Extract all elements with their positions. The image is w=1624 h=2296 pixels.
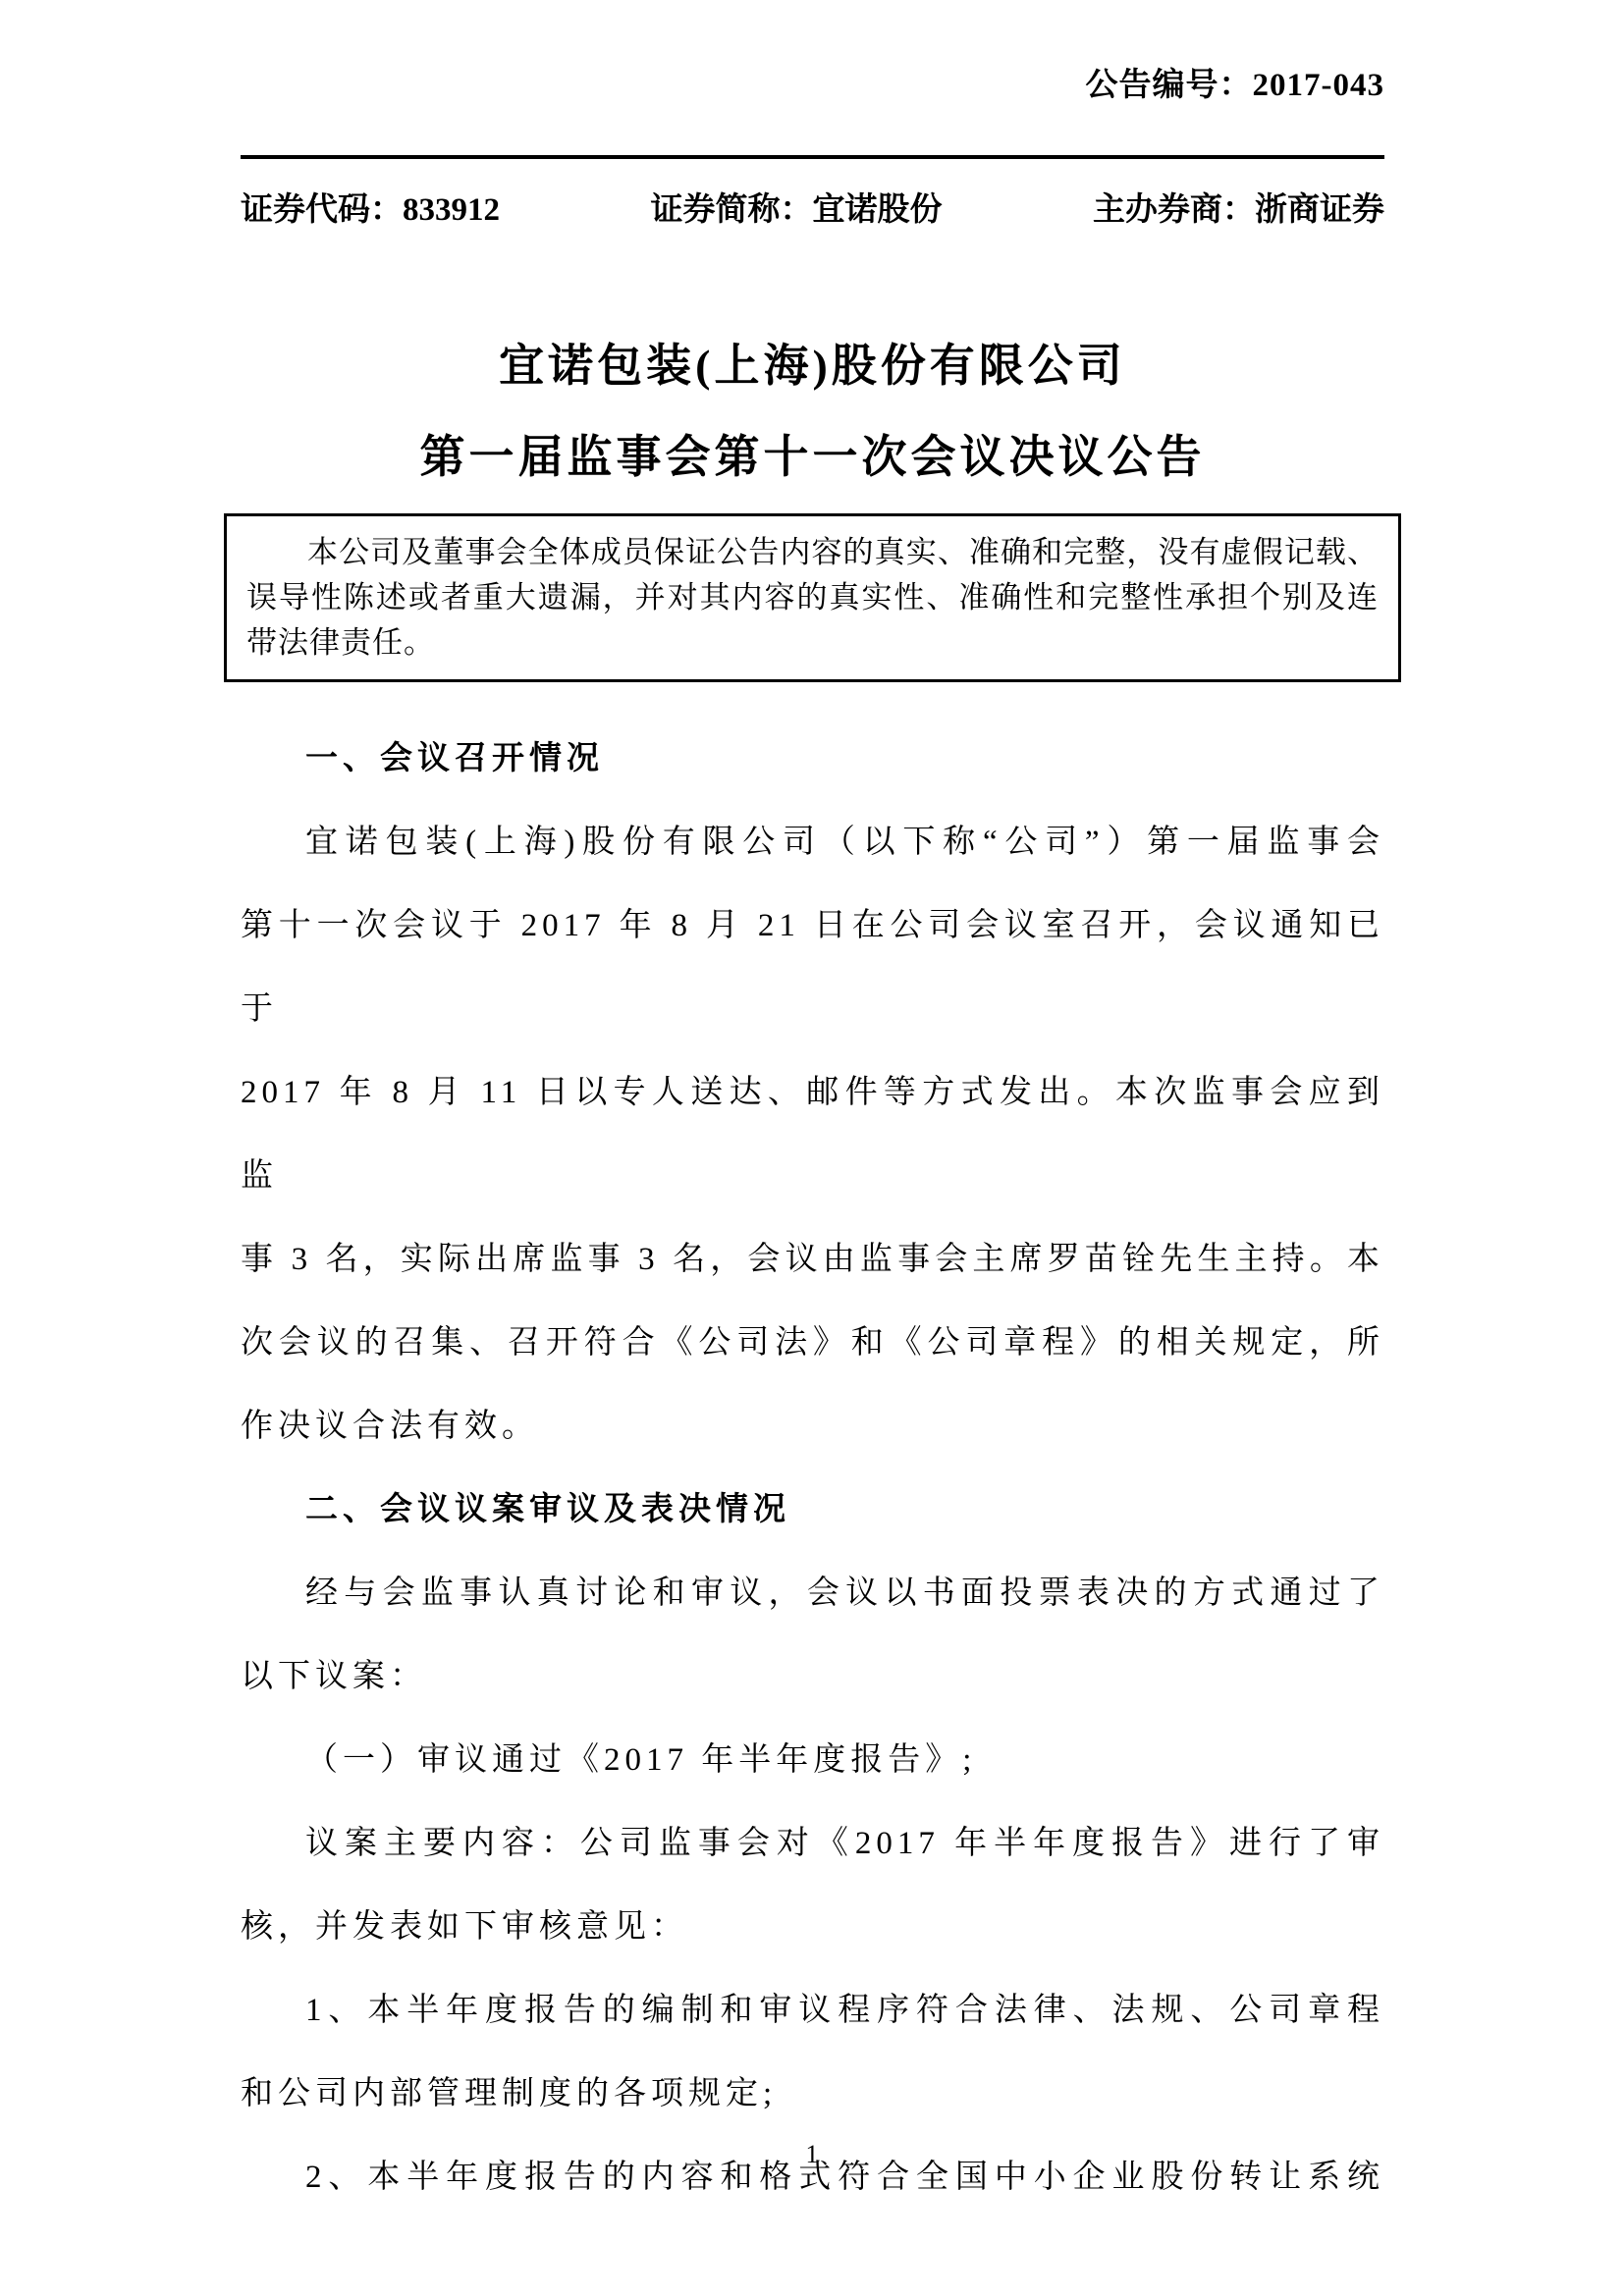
document-body: 一、会议召开情况宜诺包装(上海)股份有限公司（以下称“公司”）第一届监事会第十一… bbox=[241, 718, 1384, 2219]
section-heading: 二、会议议案审议及表决情况 bbox=[241, 1468, 1384, 1552]
paragraph-line: 第十一次会议于 2017 年 8 月 21 日在公司会议室召开，会议通知已于 bbox=[241, 884, 1384, 1051]
security-short-name: 证券简称：宜诺股份 bbox=[651, 188, 943, 232]
document-page: 公告编号：2017-043 证券代码：833912 证券简称：宜诺股份 主办券商… bbox=[0, 0, 1624, 2296]
paragraph-line: 1、本半年度报告的编制和审议程序符合法律、法规、公司章程 bbox=[241, 1969, 1384, 2053]
document-title-line-1: 宜诺包装(上海)股份有限公司 bbox=[241, 336, 1384, 397]
paragraph-line: 核，并发表如下审核意见： bbox=[241, 1886, 1384, 1969]
sponsor-broker: 主办券商：浙商证券 bbox=[1093, 188, 1384, 232]
disclaimer-line: 误导性陈述或者重大遗漏，并对其内容的真实性、准确性和完整性承担个别及连 bbox=[246, 575, 1379, 620]
paragraph-line: 以下议案： bbox=[241, 1635, 1384, 1719]
paragraph-line: 议案主要内容：公司监事会对《2017 年半年度报告》进行了审 bbox=[241, 1802, 1384, 1886]
paragraph-line: 次会议的召集、召开符合《公司法》和《公司章程》的相关规定，所 bbox=[241, 1302, 1384, 1385]
paragraph-line: 经与会监事认真讨论和审议，会议以书面投票表决的方式通过了 bbox=[241, 1552, 1384, 1635]
paragraph-line: 作决议合法有效。 bbox=[241, 1385, 1384, 1468]
header-divider-line bbox=[241, 155, 1384, 159]
announcement-number: 公告编号：2017-043 bbox=[241, 67, 1384, 104]
page-number: 1 bbox=[0, 2138, 1624, 2171]
paragraph-line: 和公司内部管理制度的各项规定; bbox=[241, 2053, 1384, 2136]
disclaimer-line: 带法律责任。 bbox=[246, 620, 1379, 666]
disclaimer-box: 本公司及董事会全体成员保证公告内容的真实、准确和完整，没有虚假记载、误导性陈述或… bbox=[224, 513, 1401, 682]
document-title-line-2: 第一届监事会第十一次会议决议公告 bbox=[241, 427, 1384, 488]
paragraph-line: （一）审议通过《2017 年半年度报告》; bbox=[241, 1719, 1384, 1802]
security-code: 证券代码：833912 bbox=[241, 188, 500, 232]
paragraph-line: 2017 年 8 月 11 日以专人送达、邮件等方式发出。本次监事会应到监 bbox=[241, 1051, 1384, 1218]
securities-info-row: 证券代码：833912 证券简称：宜诺股份 主办券商：浙商证券 bbox=[241, 188, 1384, 232]
disclaimer-line: 本公司及董事会全体成员保证公告内容的真实、准确和完整，没有虚假记载、 bbox=[246, 530, 1379, 575]
section-heading: 一、会议召开情况 bbox=[241, 718, 1384, 801]
paragraph-line: 宜诺包装(上海)股份有限公司（以下称“公司”）第一届监事会 bbox=[241, 801, 1384, 884]
paragraph-line: 事 3 名，实际出席监事 3 名，会议由监事会主席罗苗铨先生主持。本 bbox=[241, 1218, 1384, 1302]
